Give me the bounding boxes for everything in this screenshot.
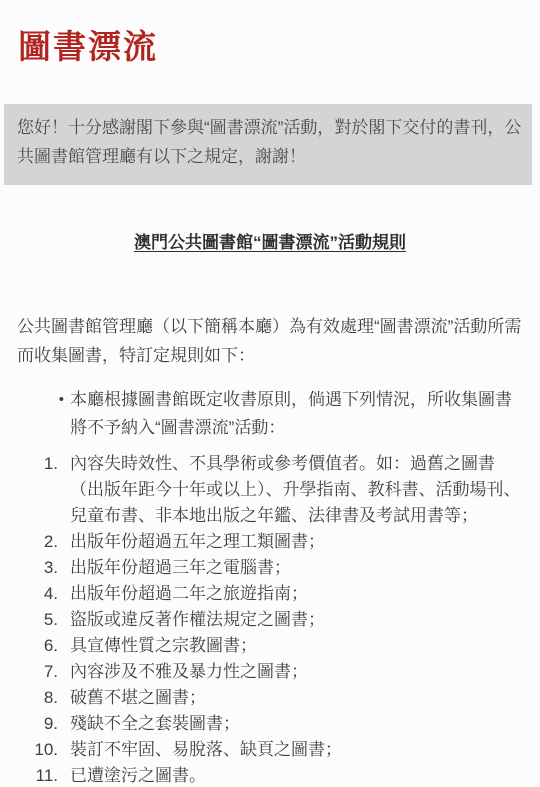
document-page: 圖書漂流 您好！十分感謝閣下參與“圖書漂流”活動，對於閣下交付的書刊，公共圖書館… — [0, 0, 540, 787]
item-text: 破舊不堪之圖書； — [70, 685, 522, 711]
item-text: 殘缺不全之套裝圖書； — [70, 711, 522, 737]
item-number: 5. — [14, 607, 70, 633]
item-text: 具宣傳性質之宗教圖書； — [70, 633, 522, 659]
list-item: 7. 內容涉及不雅及暴力性之圖書； — [14, 659, 522, 685]
list-item: 4. 出版年份超過二年之旅遊指南； — [14, 581, 522, 607]
item-text: 內容失時效性、不具學術或參考價值者。如：過舊之圖書（出版年距今十年或以上）、升學… — [70, 451, 522, 529]
page-title: 圖書漂流 — [18, 21, 158, 68]
list-item: 3. 出版年份超過三年之電腦書； — [14, 555, 522, 581]
item-number: 6. — [14, 633, 70, 659]
item-number: 8. — [14, 685, 70, 711]
item-number: 2. — [14, 529, 70, 555]
item-number: 1. — [14, 451, 70, 529]
list-item: 10. 裝訂不牢固、易脫落、缺頁之圖書； — [14, 737, 522, 763]
item-number: 4. — [14, 581, 70, 607]
bullet-item: • 本廳根據圖書館既定收書原則，倘遇下列情況，所收集圖書將不予納入“圖書漂流”活… — [14, 386, 522, 442]
list-item: 2. 出版年份超過五年之理工類圖書； — [14, 529, 522, 555]
list-item: 5. 盜版或違反著作權法規定之圖書； — [14, 607, 522, 633]
list-item: 1. 內容失時效性、不具學術或參考價值者。如：過舊之圖書（出版年距今十年或以上）… — [14, 451, 522, 529]
item-text: 出版年份超過二年之旅遊指南； — [70, 581, 522, 607]
item-text: 已遭塗污之圖書。 — [70, 763, 522, 787]
item-text: 裝訂不牢固、易脫落、缺頁之圖書； — [70, 737, 522, 763]
list-item: 11. 已遭塗污之圖書。 — [14, 763, 522, 787]
item-number: 11. — [14, 763, 70, 787]
bullet-icon: • — [14, 386, 70, 442]
bullet-item-text: 本廳根據圖書館既定收書原則，倘遇下列情況，所收集圖書將不予納入“圖書漂流”活動： — [70, 386, 522, 442]
notice-box: 您好！十分感謝閣下參與“圖書漂流”活動，對於閣下交付的書刊，公共圖書館管理廳有以… — [4, 104, 532, 185]
item-number: 9. — [14, 711, 70, 737]
item-text: 盜版或違反著作權法規定之圖書； — [70, 607, 522, 633]
item-text: 內容涉及不雅及暴力性之圖書； — [70, 659, 522, 685]
item-number: 3. — [14, 555, 70, 581]
notice-text: 您好！十分感謝閣下參與“圖書漂流”活動，對於閣下交付的書刊，公共圖書館管理廳有以… — [17, 118, 521, 166]
rules-heading: 澳門公共圖書館“圖書漂流”活動規則 — [0, 228, 540, 253]
list-item: 9. 殘缺不全之套裝圖書； — [14, 711, 522, 737]
list-item: 6. 具宣傳性質之宗教圖書； — [14, 633, 522, 659]
intro-paragraph: 公共圖書館管理廳（以下簡稱本廳）為有效處理“圖書漂流”活動所需而收集圖書，特訂定… — [17, 312, 527, 370]
item-number: 7. — [14, 659, 70, 685]
list-item: 8. 破舊不堪之圖書； — [14, 685, 522, 711]
item-number: 10. — [14, 737, 70, 763]
bullet-list: • 本廳根據圖書館既定收書原則，倘遇下列情況，所收集圖書將不予納入“圖書漂流”活… — [14, 386, 522, 442]
numbered-list: 1. 內容失時效性、不具學術或參考價值者。如：過舊之圖書（出版年距今十年或以上）… — [14, 451, 522, 787]
item-text: 出版年份超過三年之電腦書； — [70, 555, 522, 581]
item-text: 出版年份超過五年之理工類圖書； — [70, 529, 522, 555]
